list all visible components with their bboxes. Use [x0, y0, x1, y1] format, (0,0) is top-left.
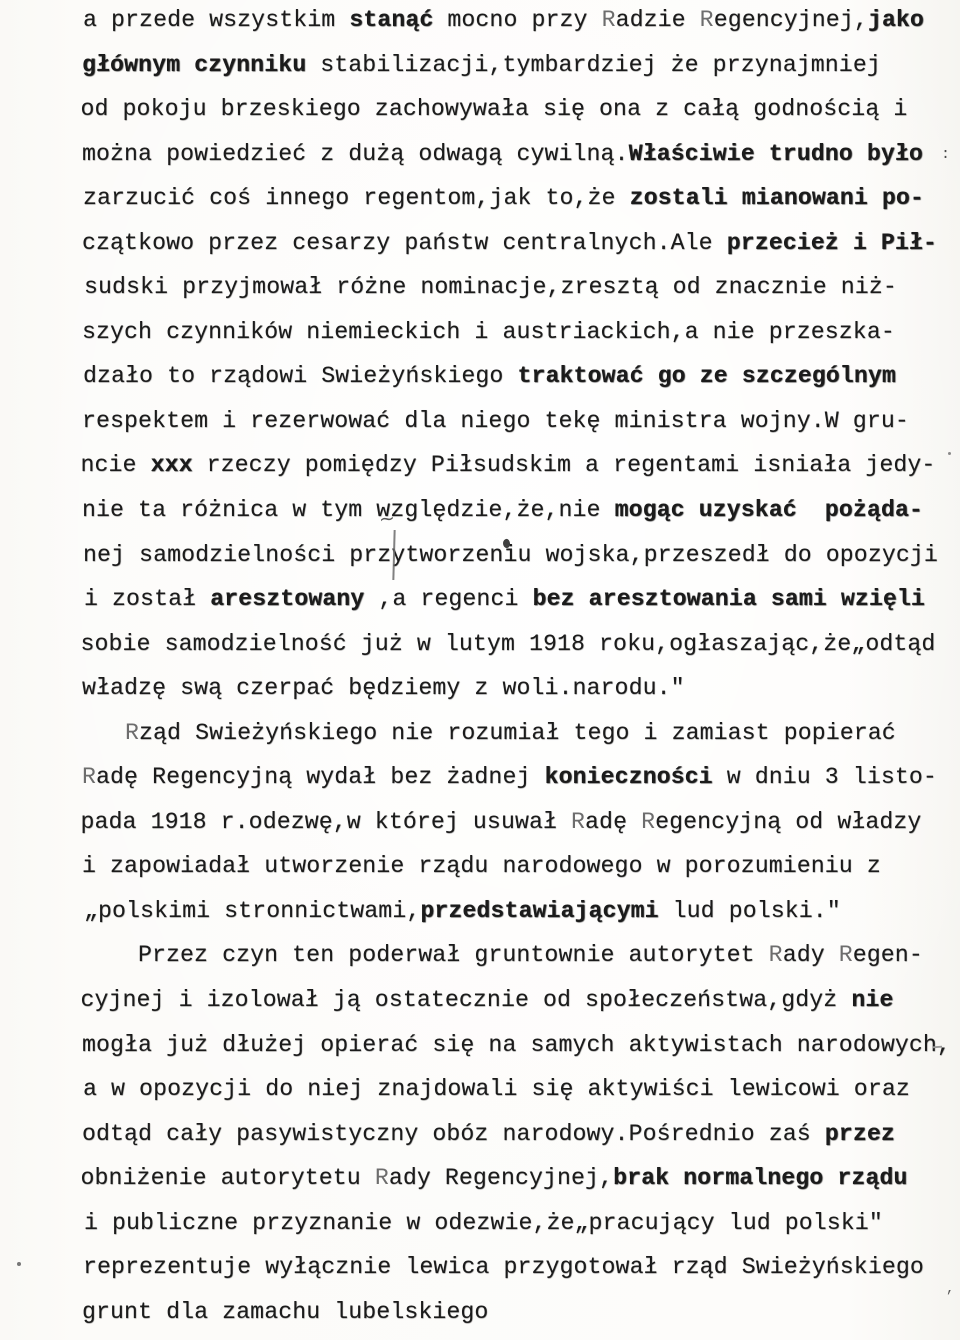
- text-segment: respektem i rezerwować dla niego tekę mi…: [82, 408, 909, 434]
- faded-glyph: R: [125, 720, 139, 746]
- text-segment: i został: [84, 586, 210, 612]
- faded-glyph: R: [571, 809, 585, 835]
- text-line: cyjnej i izolował ją ostatecznie od społ…: [81, 978, 960, 1023]
- double-struck-text: jako: [868, 7, 924, 33]
- text-line: ncie xxx rzeczy pomiędzy Piłsudskim a re…: [81, 443, 960, 488]
- text-segment: reprezentuje wyłącznie lewica przygotowa…: [83, 1254, 924, 1280]
- double-struck-text: Właściwie trudno było: [629, 141, 923, 167]
- text-segment: ,a regenci: [364, 586, 532, 612]
- scan-speck: [17, 1262, 21, 1266]
- text-line: reprezentuje wyłącznie lewica przygotowa…: [83, 1245, 960, 1290]
- text-segment: obniżenie autorytetu: [81, 1165, 375, 1191]
- text-segment: stabilizacji,tymbardziej że przynajmniej: [306, 52, 881, 78]
- text-segment: mogła już dłużej opierać się na samych a…: [82, 1032, 951, 1058]
- text-segment: ady: [783, 942, 839, 968]
- text-segment: ząd Swieżyńskiego nie rozumiał tego i za…: [139, 720, 896, 746]
- text-line: nie ta różnica w tym względzie,że,nie mo…: [82, 488, 960, 533]
- double-struck-text: nie: [851, 987, 893, 1013]
- text-line: Przez czyn ten poderwał gruntownie autor…: [82, 933, 960, 978]
- text-line: szych czynników niemieckich i austriacki…: [82, 310, 960, 355]
- double-struck-text: przecież i Pił-: [727, 230, 937, 256]
- text-segment: i zapowiadał utworzenie rządu narodowego…: [82, 853, 881, 879]
- text-segment: pada 1918 r.odezwę,w której usuwał: [81, 809, 572, 835]
- faded-glyph: R: [602, 7, 616, 33]
- text-segment: adzie: [616, 7, 700, 33]
- faded-glyph: R: [839, 942, 853, 968]
- double-struck-text: xxx: [151, 452, 193, 478]
- text-segment: nie ta różnica w tym względzie,że,nie: [82, 497, 615, 523]
- text-line: nej samodzielności przytworzeniu wojska,…: [83, 533, 960, 578]
- faded-glyph: R: [375, 1165, 389, 1191]
- double-struck-text: traktować go ze szczególnym: [517, 363, 895, 389]
- text-line: dzało to rządowi Swieżyńskiego traktować…: [83, 354, 960, 399]
- text-segment: można powiedzieć z dużą odwagą cywilną.: [82, 141, 629, 167]
- text-segment: w dniu 3 listo-: [713, 764, 937, 790]
- text-line: i zapowiadał utworzenie rządu narodowego…: [82, 844, 960, 889]
- text-segment: grunt dla zamachu lubelskiego: [82, 1299, 488, 1325]
- text-segment: sobie samodzielność już w lutym 1918 rok…: [81, 631, 936, 657]
- text-line: głównym czynniku stabilizacji,tymbardzie…: [82, 43, 960, 88]
- text-segment: nej samodzielności przytworzeniu wojska,…: [83, 542, 938, 568]
- text-segment: egencyjnej,: [714, 7, 868, 33]
- text-line: odtąd cały pasywistyczny obóz narodowy.P…: [82, 1112, 960, 1157]
- text-segment: egencyjną od władzy: [655, 809, 921, 835]
- text-segment: zarzucić coś innego regentom,jak to,że: [83, 185, 630, 211]
- text-line: i został aresztowany ,a regenci bez ares…: [84, 577, 960, 622]
- double-struck-text: zostali mianowani po-: [630, 185, 924, 211]
- double-struck-text: głównym czynniku: [82, 52, 306, 78]
- text-line: „polskimi stronnictwami,przedstawiającym…: [84, 889, 960, 934]
- text-line: respektem i rezerwować dla niego tekę mi…: [82, 399, 960, 444]
- text-segment: i publiczne przyznanie w odezwie,że„prac…: [84, 1210, 883, 1236]
- text-line: władzę swą czerpać będziemy z woli.narod…: [82, 666, 960, 711]
- text-line: czątkowo przez cesarzy państw centralnyc…: [82, 221, 960, 266]
- text-segment: sudski przyjmował różne nominacje,zreszt…: [84, 274, 897, 300]
- text-line: zarzucić coś innego regentom,jak to,że z…: [83, 176, 960, 221]
- double-struck-text: stanąć: [349, 7, 433, 33]
- double-struck-text: konieczności: [545, 764, 713, 790]
- text-segment: od pokoju brzeskiego zachowywała się ona…: [81, 96, 908, 122]
- text-segment: szych czynników niemieckich i austriacki…: [82, 319, 895, 345]
- text-segment: a w opozycji do niej znajdowali się akty…: [83, 1076, 910, 1102]
- text-segment: a przede wszystkim: [83, 7, 349, 33]
- text-line: od pokoju brzeskiego zachowywała się ona…: [81, 87, 960, 132]
- faded-glyph: R: [641, 809, 655, 835]
- double-struck-text: brak normalnego rządu: [613, 1165, 907, 1191]
- double-struck-text: przedstawiającymi: [420, 898, 658, 924]
- text-segment: ncie: [81, 452, 151, 478]
- text-line: sudski przyjmował różne nominacje,zreszt…: [84, 265, 960, 310]
- text-segment: dzało to rządowi Swieżyńskiego: [83, 363, 517, 389]
- text-segment: ady Regencyjnej,: [389, 1165, 613, 1191]
- text-line: i publiczne przyznanie w odezwie,że„prac…: [84, 1201, 960, 1246]
- text-segment: władzę swą czerpać będziemy z woli.narod…: [82, 675, 685, 701]
- text-segment: adę Regencyjną wydał bez żadnej: [96, 764, 544, 790]
- text-line: a w opozycji do niej znajdowali się akty…: [83, 1067, 960, 1112]
- text-line: można powiedzieć z dużą odwagą cywilną.W…: [82, 132, 960, 177]
- text-segment: odtąd cały pasywistyczny obóz narodowy.P…: [82, 1121, 825, 1147]
- text-segment: mocno przy: [433, 7, 601, 33]
- text-line: pada 1918 r.odezwę,w której usuwał Radę …: [81, 800, 960, 845]
- faded-glyph: R: [700, 7, 714, 33]
- text-segment: cyjnej i izolował ją ostatecznie od społ…: [81, 987, 852, 1013]
- text-line: Rząd Swieżyńskiego nie rozumiał tego i z…: [83, 711, 960, 756]
- double-struck-text: bez aresztowania sami wzięli: [533, 586, 925, 612]
- double-struck-text: przez: [825, 1121, 895, 1147]
- text-segment: rzeczy pomiędzy Piłsudskim a regentami i…: [193, 452, 936, 478]
- typewritten-text: a przede wszystkim stanąć mocno przy Rad…: [82, 0, 960, 1334]
- faded-glyph: R: [769, 942, 783, 968]
- double-struck-text: aresztowany: [210, 586, 364, 612]
- text-line: sobie samodzielność już w lutym 1918 rok…: [81, 622, 960, 667]
- text-line: obniżenie autorytetu Rady Regencyjnej,br…: [81, 1156, 960, 1201]
- text-line: a przede wszystkim stanąć mocno przy Rad…: [83, 0, 960, 43]
- text-line: grunt dla zamachu lubelskiego: [82, 1290, 960, 1335]
- text-segment: egen-: [853, 942, 923, 968]
- text-line: Radę Regencyjną wydał bez żadnej koniecz…: [82, 755, 960, 800]
- text-segment: lud polski.": [659, 898, 841, 924]
- text-segment: adę: [585, 809, 641, 835]
- text-segment: czątkowo przez cesarzy państw centralnyc…: [82, 230, 727, 256]
- text-segment: Przez czyn ten poderwał gruntownie autor…: [138, 942, 769, 968]
- double-struck-text: mogąc uzyskać pożąda-: [615, 497, 923, 523]
- scanned-document-page: a przede wszystkim stanąć mocno przy Rad…: [0, 0, 960, 1340]
- text-segment: „polskimi stronnictwami,: [84, 898, 420, 924]
- faded-glyph: R: [82, 764, 96, 790]
- text-line: mogła już dłużej opierać się na samych a…: [82, 1023, 960, 1068]
